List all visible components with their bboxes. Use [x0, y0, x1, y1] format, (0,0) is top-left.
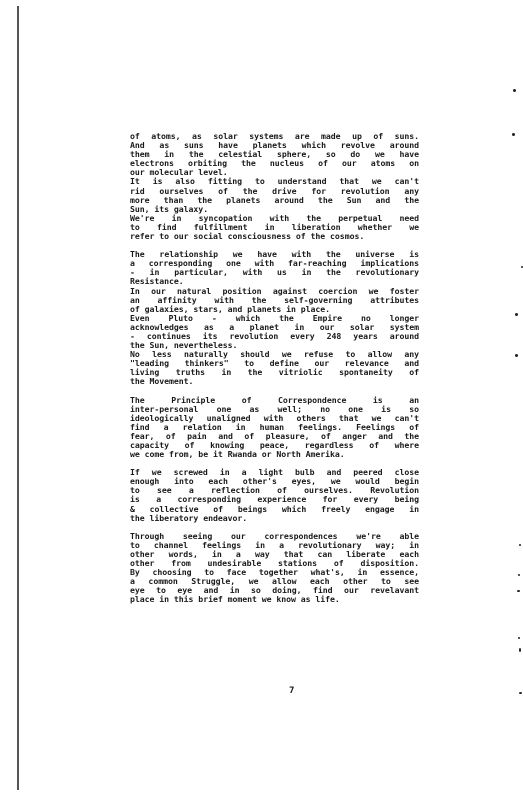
text-line: If we screwed in a light bulb and peered…: [130, 468, 419, 477]
text-line: living truths in the vitriolic spontanei…: [130, 368, 419, 377]
text-line: of atoms, as solar systems are made up o…: [130, 132, 419, 141]
text-line: enough into each other's eyes, we would …: [130, 477, 419, 486]
text-line: is a corresponding experience for every …: [130, 495, 419, 504]
text-line: ideologically unaligned with others that…: [130, 414, 419, 423]
text-line: place in this brief moment we know as li…: [130, 595, 419, 604]
text-line: a corresponding one with far-reaching im…: [130, 259, 419, 268]
text-line: the Movement.: [130, 377, 419, 386]
text-line: inter-personal one as well; no one is so: [130, 405, 419, 414]
text-line: And as suns have planets which revolve a…: [130, 141, 419, 150]
text-line: In our natural position against coercion…: [130, 287, 419, 296]
document-body: of atoms, as solar systems are made up o…: [130, 132, 419, 614]
text-line: the liberatory endeavor.: [130, 514, 419, 523]
scan-speck: [512, 133, 515, 136]
text-line: electrons orbiting the nucleus of our at…: [130, 159, 419, 168]
text-line: We're in syncopation with the perpetual …: [130, 214, 419, 223]
text-line: to see a reflection of ourselves. Revolu…: [130, 486, 419, 495]
text-line: our molecular level.: [130, 168, 419, 177]
page-number: 7: [289, 686, 294, 696]
scan-speck: [513, 89, 516, 92]
text-line: a common Struggle, we allow each other t…: [130, 577, 419, 586]
scan-speck: [518, 637, 520, 639]
text-line: more than the planets around the Sun and…: [130, 196, 419, 205]
scan-speck: [517, 590, 520, 592]
text-line: Sun, its galaxy.: [130, 205, 419, 214]
text-line: The relationship we have with the univer…: [130, 250, 419, 259]
text-line: It is also fitting to understand that we…: [130, 177, 419, 186]
text-line: to find fulfillment in liberation whethe…: [130, 223, 419, 232]
scan-speck: [519, 692, 522, 694]
text-line: - in particular, with us in the revoluti…: [130, 268, 419, 277]
text-line: By choosing to face together what's, in …: [130, 568, 419, 577]
text-line: No less naturally should we refuse to al…: [130, 350, 419, 359]
text-line: refer to our social consciousness of the…: [130, 232, 419, 241]
text-line: the Sun, nevertheless.: [130, 341, 419, 350]
paragraph: The relationship we have with the univer…: [130, 250, 419, 386]
scan-speck: [519, 648, 521, 652]
scan-speck: [519, 544, 521, 546]
text-line: other words, in a way that can liberate …: [130, 550, 419, 559]
text-line: fear, of pain and of pleasure, of anger …: [130, 432, 419, 441]
text-line: capacity of knowing peace, regardless of…: [130, 441, 419, 450]
text-line: & collective of beings which freely enga…: [130, 505, 419, 514]
scan-speck: [515, 354, 518, 357]
text-line: we come from, be it Rwanda or North Amer…: [130, 450, 419, 459]
paragraph: If we screwed in a light bulb and peered…: [130, 468, 419, 523]
text-line: find a relation in human feelings. Feeli…: [130, 423, 419, 432]
text-line: acknowledges as a planet in our solar sy…: [130, 323, 419, 332]
text-line: "leading thinkers" to define our relevan…: [130, 359, 419, 368]
text-line: of galaxies, stars, and planets in place…: [130, 305, 419, 314]
paragraph: of atoms, as solar systems are made up o…: [130, 132, 419, 241]
text-line: - continues its revolution every 248 yea…: [130, 332, 419, 341]
text-line: Even Pluto - which the Empire no longer: [130, 314, 419, 323]
text-line: The Principle of Correspondence is an: [130, 396, 419, 405]
binding-margin-line: [17, 6, 19, 790]
text-line: to channel feelings in a revolutionary w…: [130, 541, 419, 550]
scan-speck: [515, 313, 518, 316]
text-line: Through seeing our correspondences we're…: [130, 532, 419, 541]
paragraph: Through seeing our correspondences we're…: [130, 532, 419, 605]
text-line: Resistance.: [130, 277, 419, 286]
text-line: them in the celestial sphere, so do we h…: [130, 150, 419, 159]
text-line: other from undesirable stations of dispo…: [130, 559, 419, 568]
scan-speck: [518, 574, 520, 576]
text-line: an affinity with the self-governing attr…: [130, 296, 419, 305]
paragraph: The Principle of Correspondence is anint…: [130, 396, 419, 460]
text-line: rid ourselves of the drive for revolutio…: [130, 187, 419, 196]
text-line: eye to eye and in so doing, find our rev…: [130, 586, 419, 595]
